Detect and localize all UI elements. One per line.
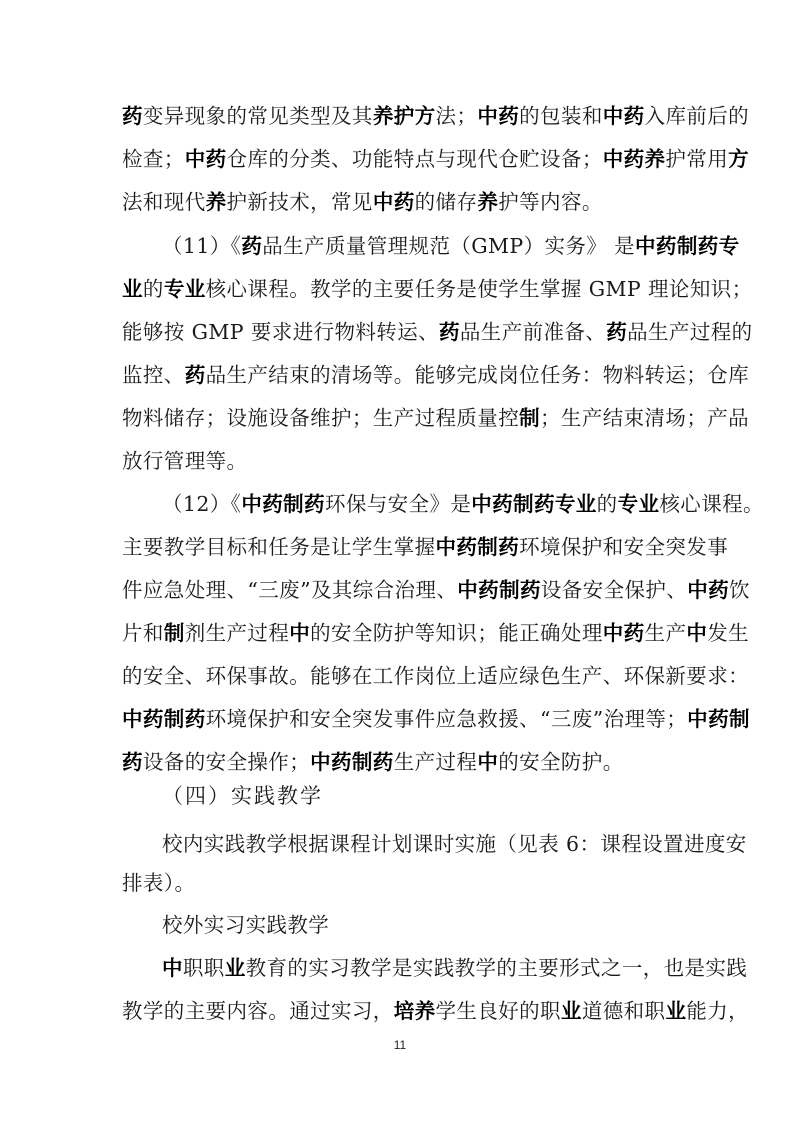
text-run: 片和 bbox=[122, 621, 164, 645]
text-line: 物料储存；设施设备维护；生产过程质量控制；生产结束清场；产品 bbox=[122, 404, 682, 432]
text-line: 能够按 GMP 要求进行物料转运、药品生产前准备、药品生产过程的 bbox=[122, 318, 682, 346]
bold-text-run: 中药 bbox=[373, 190, 415, 214]
bold-text-run: 中 bbox=[162, 956, 183, 980]
text-run: 的 bbox=[143, 277, 164, 301]
text-run: 检查； bbox=[122, 147, 185, 171]
text-run: 环保与安全》是 bbox=[325, 492, 471, 516]
text-run: 入库前后的 bbox=[645, 104, 750, 128]
bold-text-run: 业 bbox=[225, 956, 246, 980]
page-number: 11 bbox=[0, 1038, 800, 1052]
bold-text-run: 养护方 bbox=[373, 104, 436, 128]
text-run: 件应急处理、“三废”及其综合治理、 bbox=[122, 578, 457, 602]
text-run: （12）《 bbox=[162, 492, 241, 516]
text-run: 学生良好的职 bbox=[436, 999, 561, 1023]
text-line: 法和现代养护新技术，常见中药的储存养护等内容。 bbox=[122, 188, 682, 216]
text-run: 的安全、环保事故。能够在工作岗位上适应绿色生产、环保新要求： bbox=[122, 664, 749, 688]
bold-text-run: 中药养 bbox=[603, 147, 666, 171]
text-line: 药变异现象的常见类型及其养护方法；中药的包装和中药入库前后的 bbox=[122, 102, 682, 130]
bold-text-run: 药 bbox=[122, 104, 143, 128]
text-run: 法； bbox=[436, 104, 478, 128]
text-run: 品生产过程的 bbox=[627, 320, 752, 344]
text-line: 片和制剂生产过程中的安全防护等知识；能正确处理中药生产中发生 bbox=[122, 619, 682, 647]
text-run: 品生产前准备、 bbox=[460, 320, 606, 344]
text-run: 物料储存；设施设备维护；生产过程质量控 bbox=[122, 406, 519, 430]
bold-text-run: 方 bbox=[728, 147, 749, 171]
text-run: 发生 bbox=[707, 621, 749, 645]
bold-text-run: 业 bbox=[561, 999, 582, 1023]
text-line: 放行管理等。 bbox=[122, 447, 682, 475]
text-run: 主要教学目标和任务是让学生掌握 bbox=[122, 535, 436, 559]
text-run: 护等内容。 bbox=[498, 190, 603, 214]
bold-text-run: 中 bbox=[686, 621, 707, 645]
text-run: 教学的主要内容。通过实习， bbox=[122, 999, 394, 1023]
bold-text-run: 中药 bbox=[185, 147, 227, 171]
bold-text-run: 制 bbox=[164, 621, 185, 645]
text-run: 的包装和 bbox=[519, 104, 603, 128]
bold-text-run: 中药制药 bbox=[457, 578, 541, 602]
text-run: 环境保护和安全突发事件应急救援、“三废”治理等； bbox=[206, 707, 688, 731]
text-run: 环境保护和安全突发事 bbox=[519, 535, 728, 559]
text-run: 生产过程 bbox=[394, 750, 478, 774]
text-run: （11）《 bbox=[162, 234, 241, 258]
bold-text-run: 制 bbox=[519, 406, 540, 430]
text-line: 的安全、环保事故。能够在工作岗位上适应绿色生产、环保新要求： bbox=[122, 662, 682, 690]
bold-text-run: 专业 bbox=[164, 277, 206, 301]
text-run: 的安全防护。 bbox=[498, 750, 623, 774]
bold-text-run: 中药制药 bbox=[122, 707, 206, 731]
text-line: 业的专业核心课程。教学的主要任务是使学生掌握 GMP 理论知识； bbox=[122, 275, 682, 303]
bold-text-run: 中药制药 bbox=[436, 535, 520, 559]
bold-text-run: 药 bbox=[185, 363, 206, 387]
text-line: 校内实践教学根据课程计划课时实施（见表 6：课程设置进度安 bbox=[162, 830, 722, 858]
bold-text-run: 中药制药专业 bbox=[471, 492, 596, 516]
bold-text-run: 中药 bbox=[603, 104, 645, 128]
bold-text-run: 中 bbox=[477, 750, 498, 774]
bold-text-run: 中药制药 bbox=[241, 492, 325, 516]
text-run: 的储存 bbox=[415, 190, 478, 214]
text-run: 设备的安全操作； bbox=[143, 750, 310, 774]
text-line: 监控、药品生产结束的清场等。能够完成岗位任务：物料转运；仓库 bbox=[122, 361, 682, 389]
text-run: 校内实践教学根据课程计划课时实施（见表 6：课程设置进度安 bbox=[162, 832, 747, 856]
text-line: 教学的主要内容。通过实习，培养学生良好的职业道德和职业能力， bbox=[122, 997, 682, 1025]
text-run: 生产 bbox=[645, 621, 687, 645]
text-run: 饮 bbox=[729, 578, 750, 602]
bold-text-run: 中 bbox=[289, 621, 310, 645]
text-run: ；生产结束清场；产品 bbox=[540, 406, 749, 430]
text-run: 职职 bbox=[183, 956, 225, 980]
text-run: 教育的实习教学是实践教学的主要形式之一，也是实践 bbox=[246, 956, 748, 980]
bold-text-run: 中药制 bbox=[687, 707, 750, 731]
bold-text-run: 专业 bbox=[618, 492, 660, 516]
bold-text-run: 业 bbox=[122, 277, 143, 301]
text-line: （12）《中药制药环保与安全》是中药制药专业的专业核心课程。 bbox=[162, 490, 722, 518]
text-run: 排表）。 bbox=[122, 871, 195, 895]
text-run: 道德和职 bbox=[582, 999, 666, 1023]
bold-text-run: 培养 bbox=[394, 999, 436, 1023]
text-line: 校外实习实践教学 bbox=[162, 911, 722, 939]
text-run: 品生产结束的清场等。能够完成岗位任务：物料转运；仓库 bbox=[206, 363, 749, 387]
bold-text-run: 中药 bbox=[687, 578, 729, 602]
bold-text-run: 药 bbox=[122, 750, 143, 774]
text-line: 件应急处理、“三废”及其综合治理、中药制药设备安全保护、中药饮 bbox=[122, 576, 682, 604]
document-page: 药变异现象的常见类型及其养护方法；中药的包装和中药入库前后的检查；中药仓库的分类… bbox=[0, 0, 800, 1131]
text-run: 的 bbox=[597, 492, 618, 516]
text-run: 剂生产过程 bbox=[185, 621, 290, 645]
text-run: 护新技术，常见 bbox=[227, 190, 373, 214]
text-line: 中职职业教育的实习教学是实践教学的主要形式之一，也是实践 bbox=[162, 954, 722, 982]
bold-text-run: 业 bbox=[665, 999, 686, 1023]
bold-text-run: 中药 bbox=[477, 104, 519, 128]
bold-text-run: 药 bbox=[439, 320, 460, 344]
text-line: 药设备的安全操作；中药制药生产过程中的安全防护。 bbox=[122, 748, 682, 776]
text-line: 主要教学目标和任务是让学生掌握中药制药环境保护和安全突发事 bbox=[122, 533, 682, 561]
text-run: 品生产质量管理规范（GMP）实务》 是 bbox=[262, 234, 635, 258]
text-run: 核心课程。 bbox=[659, 492, 764, 516]
text-run: 监控、 bbox=[122, 363, 185, 387]
bold-text-run: 药 bbox=[606, 320, 627, 344]
bold-text-run: 养 bbox=[206, 190, 227, 214]
text-run: 能够按 GMP 要求进行物料转运、 bbox=[122, 320, 439, 344]
text-run: 校外实习实践教学 bbox=[162, 913, 329, 937]
section-heading: （四）实践教学 bbox=[162, 782, 722, 810]
bold-text-run: 中药 bbox=[603, 621, 645, 645]
text-line: （11）《药品生产质量管理规范（GMP）实务》 是中药制药专 bbox=[162, 232, 722, 260]
text-run: 放行管理等。 bbox=[122, 449, 247, 473]
text-run: 核心课程。教学的主要任务是使学生掌握 GMP 理论知识； bbox=[206, 277, 753, 301]
text-run: 法和现代 bbox=[122, 190, 206, 214]
bold-text-run: 中药制药专 bbox=[635, 234, 740, 258]
text-run: 设备安全保护、 bbox=[541, 578, 687, 602]
text-run: 护常用 bbox=[665, 147, 728, 171]
text-run: 仓库的分类、功能特点与现代仓贮设备； bbox=[227, 147, 603, 171]
text-line: 排表）。 bbox=[122, 869, 682, 897]
bold-text-run: 药 bbox=[241, 234, 262, 258]
text-run: 变异现象的常见类型及其 bbox=[143, 104, 373, 128]
bold-text-run: 养 bbox=[477, 190, 498, 214]
bold-text-run: 中药制药 bbox=[310, 750, 394, 774]
text-line: 中药制药环境保护和安全突发事件应急救援、“三废”治理等；中药制 bbox=[122, 705, 682, 733]
text-line: 检查；中药仓库的分类、功能特点与现代仓贮设备；中药养护常用方 bbox=[122, 145, 682, 173]
text-run: 的安全防护等知识；能正确处理 bbox=[310, 621, 603, 645]
text-run: 能力， bbox=[686, 999, 749, 1023]
